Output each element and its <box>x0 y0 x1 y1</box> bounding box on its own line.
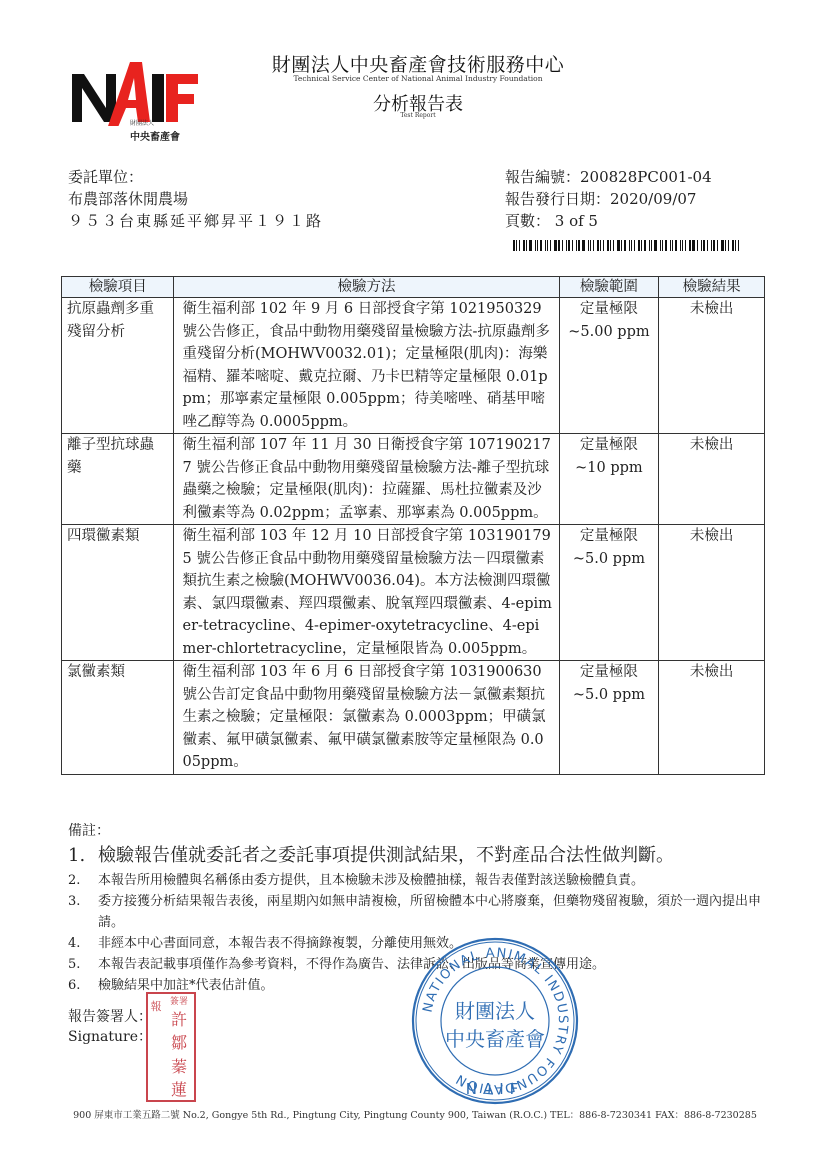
seal-icon: NATIONAL ANIMAL INDUSTRY FOUNDATION NAIF… <box>410 936 580 1106</box>
range-label: 定量極限 <box>566 661 653 684</box>
issue-date: 報告發行日期：2020/09/07 <box>505 188 712 210</box>
test-item: 離子型抗球蟲藥 <box>62 434 174 525</box>
seal-char: 報 <box>151 998 162 1014</box>
table-row: 離子型抗球蟲藥 衛生福利部 107 年 11 月 30 日衛授食字第 10719… <box>62 434 765 525</box>
note-text: 非經本中心書面同意，本報告表不得摘錄複製，分離使用無效。 <box>98 933 462 954</box>
test-method: 衛生福利部 107 年 11 月 30 日衛授食字第 1071902177 號公… <box>174 434 559 525</box>
svg-text:中央畜產會: 中央畜產會 <box>445 1027 545 1051</box>
range-value: ~5.0 ppm <box>566 548 653 571</box>
table-row: 四環黴素類 衛生福利部 103 年 12 月 10 日部授食字第 1031901… <box>62 525 765 661</box>
test-result: 未檢出 <box>659 661 765 775</box>
note-text: 本報告所用檢體與名稱係由委方提供，且本檢驗未涉及檢體抽樣，報告表僅對該送驗檢體負… <box>98 870 644 891</box>
note-number: 1. <box>68 842 98 870</box>
logo-subtitle-large: 中央畜產會 <box>130 128 180 143</box>
table-header-row: 檢驗項目 檢驗方法 檢驗範圍 檢驗結果 <box>62 277 765 298</box>
seal-char: 蓮 <box>171 1077 187 1100</box>
report-subtitle: Test Report <box>268 112 568 119</box>
test-range: 定量極限~5.0 ppm <box>559 661 659 775</box>
logo-subtitle-small: 財團法人 <box>130 118 154 127</box>
range-value: ~5.0 ppm <box>566 684 653 707</box>
test-range: 定量極限~5.00 ppm <box>559 298 659 434</box>
note-item: 2.本報告所用檢體與名稱係由委方提供，且本檢驗未涉及檢體抽樣，報告表僅對該送驗檢… <box>68 870 768 891</box>
seal-char: 蓁 <box>171 1054 187 1077</box>
test-result: 未檢出 <box>659 434 765 525</box>
signature-label: 報告簽署人： Signature： <box>68 1007 152 1047</box>
note-number: 4. <box>68 933 98 954</box>
seal-char: 許 <box>171 1007 187 1030</box>
test-range: 定量極限~10 ppm <box>559 434 659 525</box>
test-item: 抗原蟲劑多重殘留分析 <box>62 298 174 434</box>
report-number: 報告編號：200828PC001-04 <box>505 166 712 188</box>
note-number: 5. <box>68 954 98 975</box>
client-label: 委託單位： <box>68 166 323 188</box>
results-table: 檢驗項目 檢驗方法 檢驗範圍 檢驗結果 抗原蟲劑多重殘留分析 衛生福利部 102… <box>61 276 765 775</box>
test-result: 未檢出 <box>659 298 765 434</box>
range-value: ~5.00 ppm <box>566 321 653 344</box>
note-text: 檢驗報告僅就委託者之委託事項提供測試結果，不對產品合法性做判斷。 <box>98 842 674 870</box>
header-test-method: 檢驗方法 <box>174 277 559 298</box>
report-meta: 報告編號：200828PC001-04 報告發行日期：2020/09/07 頁數… <box>505 166 712 232</box>
personal-seal-stamp: 報 簽署 許 鄒 蓁 蓮 <box>146 992 196 1102</box>
header-test-range: 檢驗範圍 <box>559 277 659 298</box>
range-label: 定量極限 <box>566 298 653 321</box>
range-label: 定量極限 <box>566 525 653 548</box>
signature-label-en: Signature： <box>68 1027 152 1047</box>
test-range: 定量極限~5.0 ppm <box>559 525 659 661</box>
table-row: 氯黴素類 衛生福利部 103 年 6 月 6 日部授食字第 1031900630… <box>62 661 765 775</box>
range-value: ~10 ppm <box>566 457 653 480</box>
barcode <box>513 240 743 251</box>
client-name: 布農部落休閒農場 <box>68 188 323 210</box>
organization-title: 財團法人中央畜產會技術服務中心 <box>268 50 568 77</box>
seal-char: 鄒 <box>171 1030 187 1053</box>
company-seal-stamp: NATIONAL ANIMAL INDUSTRY FOUNDATION NAIF… <box>410 936 580 1106</box>
svg-text:財團法人: 財團法人 <box>455 999 535 1023</box>
test-item: 四環黴素類 <box>62 525 174 661</box>
test-method: 衛生福利部 103 年 12 月 10 日部授食字第 1031901795 號公… <box>174 525 559 661</box>
note-number: 3. <box>68 891 98 933</box>
range-label: 定量極限 <box>566 434 653 457</box>
header-test-result: 檢驗結果 <box>659 277 765 298</box>
organization-subtitle: Technical Service Center of National Ani… <box>268 74 568 83</box>
test-method: 衛生福利部 102 年 9 月 6 日部授食字第 1021950329 號公告修… <box>174 298 559 434</box>
footer-address: 900 屏東市工業五路二號 No.2, Gongye 5th Rd., Ping… <box>70 1107 760 1121</box>
note-text: 委方接獲分析結果報告表後，兩星期內如無申請複檢，所留檢體本中心將廢棄，但藥物殘留… <box>98 891 768 933</box>
svg-text:NAIF: NAIF <box>466 1080 525 1098</box>
client-info: 委託單位： 布農部落休閒農場 ９５３台東縣延平鄉昇平１９１路 <box>68 166 323 232</box>
signature-label-zh: 報告簽署人： <box>68 1007 152 1027</box>
note-number: 2. <box>68 870 98 891</box>
table-row: 抗原蟲劑多重殘留分析 衛生福利部 102 年 9 月 6 日部授食字第 1021… <box>62 298 765 434</box>
seal-char: 簽署 <box>170 994 188 1007</box>
note-item: 1.檢驗報告僅就委託者之委託事項提供測試結果，不對產品合法性做判斷。 <box>68 842 768 870</box>
test-item: 氯黴素類 <box>62 661 174 775</box>
test-result: 未檢出 <box>659 525 765 661</box>
page-count: 頁數： 3 of 5 <box>505 210 712 232</box>
notes-label: 備註： <box>68 820 110 840</box>
note-number: 6. <box>68 975 98 996</box>
test-method: 衛生福利部 103 年 6 月 6 日部授食字第 1031900630 號公告訂… <box>174 661 559 775</box>
header-test-item: 檢驗項目 <box>62 277 174 298</box>
client-address: ９５３台東縣延平鄉昇平１９１路 <box>68 210 323 232</box>
naif-logo: 財團法人 中央畜產會 <box>70 60 200 148</box>
note-item: 3.委方接獲分析結果報告表後，兩星期內如無申請複檢，所留檢體本中心將廢棄，但藥物… <box>68 891 768 933</box>
naif-logo-mark <box>70 60 200 126</box>
